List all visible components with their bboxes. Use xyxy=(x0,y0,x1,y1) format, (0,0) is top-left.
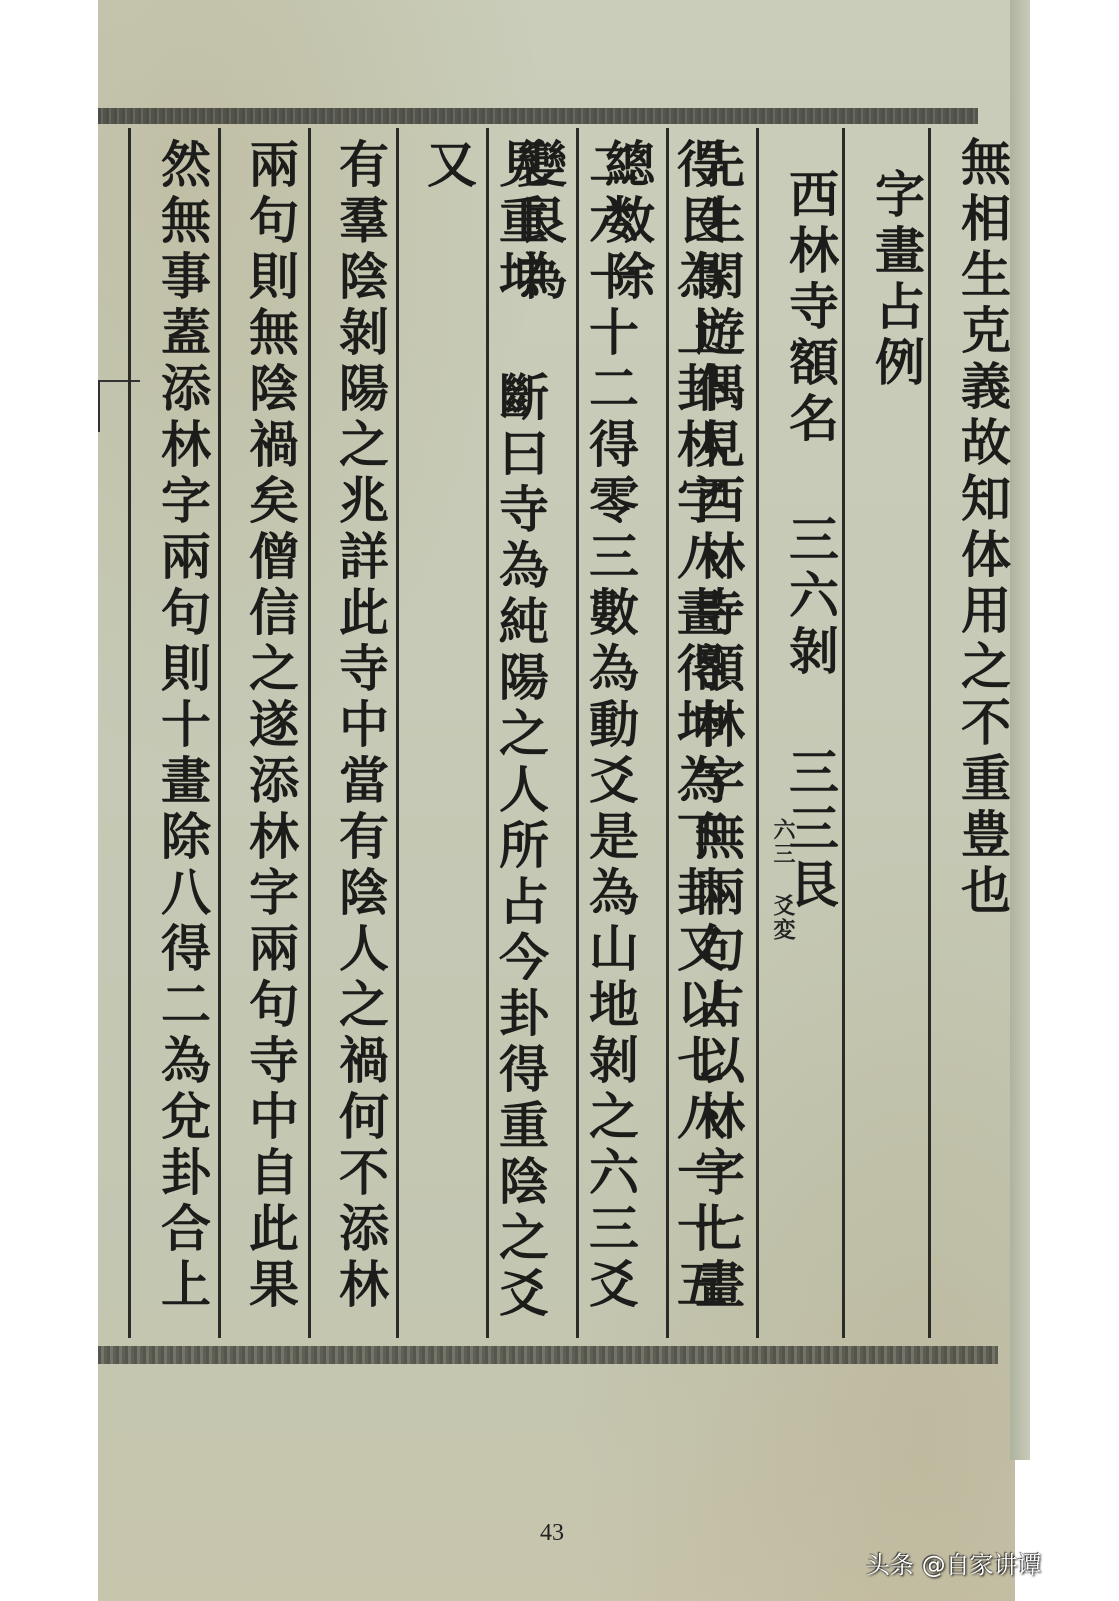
text-column-9: 兩句則無陰禍矣僧信之遂添林字兩句寺中自此果 xyxy=(234,138,306,1314)
watermark: 头条 @自家讲谭 xyxy=(866,1545,1042,1580)
column-divider xyxy=(308,128,311,1338)
page-number: 43 xyxy=(540,1520,564,1547)
column-divider xyxy=(396,128,399,1338)
text-column-8: 有羣陰剝陽之兆詳此寺中當有陰人之禍何不添林 xyxy=(324,138,396,1314)
text-column-2: 字畫占例 xyxy=(860,168,932,392)
interlinear-note: 六三 爻変 xyxy=(768,818,799,942)
text-column-7: 見重坤 斷曰寺為純陽之人所占今卦得重陰之爻又 xyxy=(412,138,556,1338)
text-column-3: 西林寺額名 三六剝 三三艮 xyxy=(774,168,846,914)
column-divider xyxy=(218,128,221,1338)
text-column-10: 然無事蓋添林字兩句則十畫除八得二為兌卦合上 xyxy=(146,138,218,1314)
text-column-1: 無相生克義故知体用之不重豊也 xyxy=(946,136,1018,920)
bottom-border-rule xyxy=(98,1346,998,1364)
text-frame: 無相生克義故知体用之不重豊也 字畫占例 西林寺額名 三六剝 三三艮 六三 爻変 … xyxy=(128,128,1008,1338)
column-divider xyxy=(128,128,131,1338)
top-border-rule xyxy=(98,108,978,124)
column-divider xyxy=(756,128,759,1338)
